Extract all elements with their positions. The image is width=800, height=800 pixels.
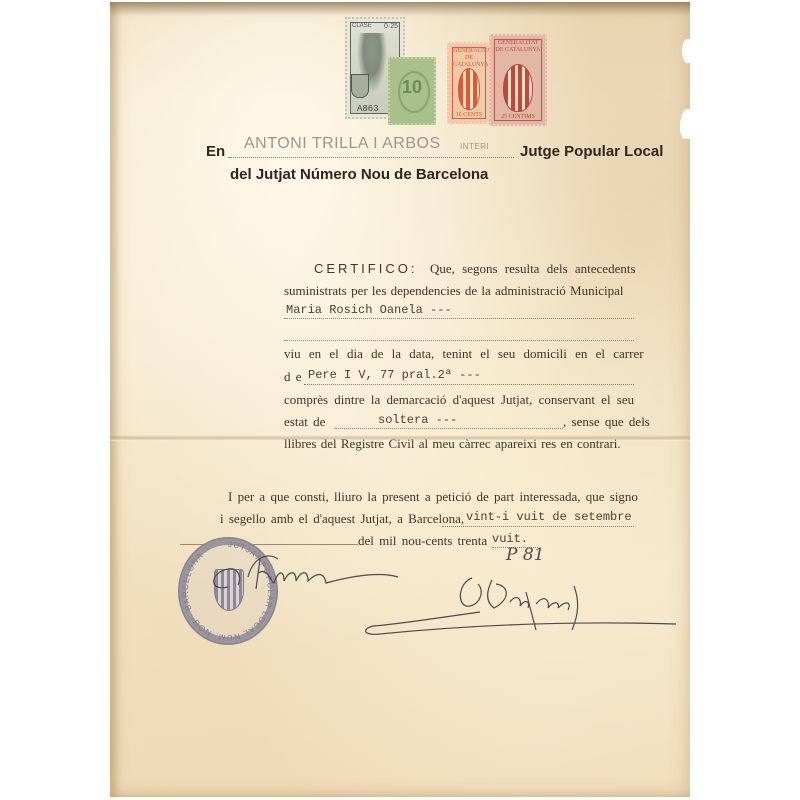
street-address: Pere I V, 77 pral.2ª --- (308, 368, 481, 382)
street-prefix: d e (284, 369, 302, 385)
edge-tear (682, 39, 692, 63)
date-day-month: vint-i vuit de setembre (466, 510, 632, 524)
right-signature (360, 572, 680, 642)
judge-title: Jutge Popular Local (520, 143, 663, 160)
senyera-shield-icon (503, 64, 533, 112)
person-name: Maria Rosich Oanela --- (286, 303, 452, 317)
certifico-label: CERTIFICO: (314, 261, 417, 276)
judge-name-stamp: ANTONI TRILLA I ARBOS (244, 135, 441, 153)
edge-tear (680, 109, 692, 139)
body-line-4: comprès dintre la demarcació d'aquest Ju… (284, 392, 634, 408)
body-line-2: suministrats per les dependencies de la … (284, 283, 624, 299)
body-line-1: Que, segons resulta dels antecedents (430, 261, 636, 277)
estat-line (335, 428, 563, 429)
court-name: del Jutjat Número Nou de Barcelona (230, 166, 488, 183)
name-line (284, 318, 634, 319)
body-line-3: viu en el dia de la data, tenint el seu … (284, 346, 644, 362)
estat-label: estat de (284, 414, 325, 430)
blank-line (284, 340, 634, 341)
initials-annotation: P 81 (506, 545, 544, 565)
header-prefix: En (206, 143, 225, 160)
date-line (442, 526, 634, 527)
senyera-shield-icon (458, 68, 480, 110)
body-line-5: llibres del Registre Civil al meu càrrec… (284, 436, 621, 452)
closing-line-2: i segello amb el d'aquest Jutjat, a Barc… (220, 511, 464, 527)
estat-value: soltera --- (378, 413, 457, 427)
street-line (304, 384, 634, 385)
postage-stamp: 10 (388, 57, 436, 125)
judge-note: INTERI (460, 142, 489, 151)
generalitat-stamp-25: GENERALITAT DE CATALUNYA 25 CENTIMS (489, 34, 547, 126)
certificate-paper: CLASE 0·25 A863 10 GENERALITAT DE CATALU… (110, 2, 690, 797)
generalitat-stamp-10: GENERALITAT DE CATALUNYA 10 CENTS (447, 42, 491, 124)
coat-of-arms-icon (351, 74, 369, 98)
year-suffix: vuit. (492, 532, 528, 546)
estat-suffix: , sense que dels (563, 414, 650, 430)
judge-name-line (228, 157, 514, 158)
closing-line-1: I per a que consti, lliuro la present a … (228, 489, 638, 505)
